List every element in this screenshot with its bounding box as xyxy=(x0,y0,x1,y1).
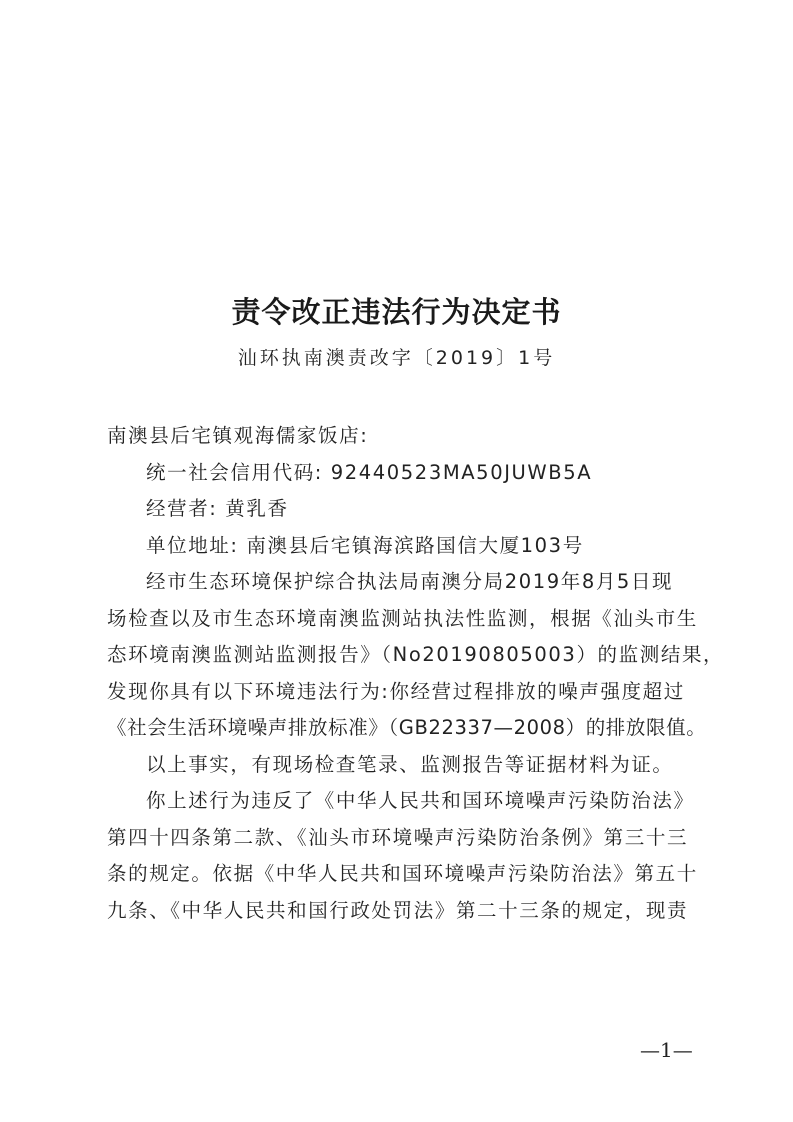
document-number: 汕环执南澳责改字〔2019〕1号 xyxy=(0,343,793,370)
credit-code-line: 统一社会信用代码: 92440523MA50JUWB5A xyxy=(107,455,692,492)
paragraph1-line-3: 态环境南澳监测站监测报告》（No20190805003）的监测结果， xyxy=(107,637,692,674)
paragraph1-line-4: 发现你具有以下环境违法行为:你经营过程排放的噪声强度超过 xyxy=(107,674,692,711)
addressee: 南澳县后宅镇观海儒家饭店: xyxy=(107,418,692,455)
document-title: 责令改正违法行为决定书 xyxy=(0,290,793,331)
paragraph1-line-1: 经市生态环境保护综合执法局南澳分局2019年8月5日现 xyxy=(107,564,692,601)
paragraph1-line-2: 场检查以及市生态环境南澳监测站执法性监测，根据《汕头市生 xyxy=(107,601,692,638)
address-line: 单位地址: 南澳县后宅镇海滨路国信大厦103号 xyxy=(107,528,692,565)
page-number: —1— xyxy=(640,1038,693,1062)
paragraph3-line-3: 条的规定。依据《中华人民共和国环境噪声污染防治法》第五十 xyxy=(107,856,692,893)
paragraph1-line-5: 《社会生活环境噪声排放标准》（GB22337—2008）的排放限值。 xyxy=(107,710,692,747)
operator-line: 经营者: 黄乳香 xyxy=(107,491,692,528)
document-page: 责令改正违法行为决定书 汕环执南澳责改字〔2019〕1号 南澳县后宅镇观海儒家饭… xyxy=(0,0,793,1122)
paragraph3-line-2: 第四十四条第二款、《汕头市环境噪声污染防治条例》第三十三 xyxy=(107,820,692,857)
document-body: 南澳县后宅镇观海儒家饭店: 统一社会信用代码: 92440523MA50JUWB… xyxy=(107,418,692,929)
paragraph3-line-4: 九条、《中华人民共和国行政处罚法》第二十三条的规定，现责 xyxy=(107,893,692,930)
paragraph3-line-1: 你上述行为违反了《中华人民共和国环境噪声污染防治法》 xyxy=(107,783,692,820)
paragraph2: 以上事实，有现场检查笔录、监测报告等证据材料为证。 xyxy=(107,747,692,784)
